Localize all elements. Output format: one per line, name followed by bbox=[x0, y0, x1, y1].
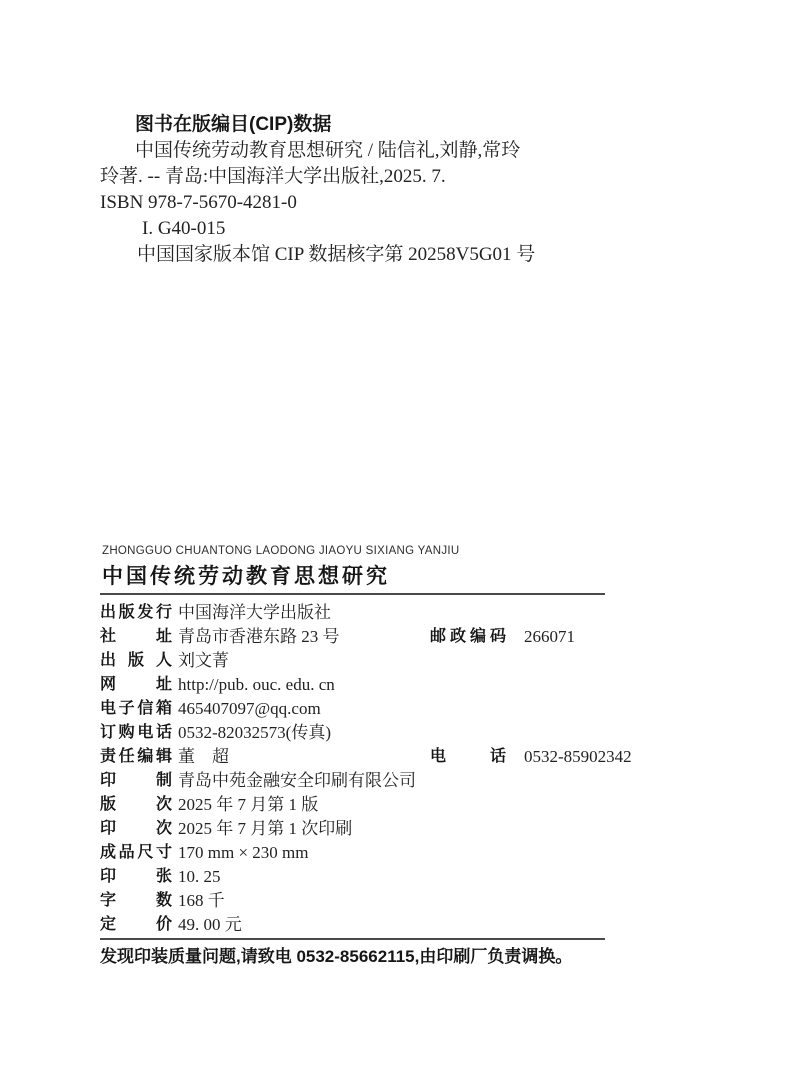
colophon-table: 出版发行 中国海洋大学出版社 社址 青岛市香港东路 23 号 邮政编码 2660… bbox=[100, 601, 605, 937]
row-label: 责任编辑 bbox=[100, 745, 172, 769]
row-value-secondary: 266071 bbox=[524, 625, 575, 649]
table-row: 出版人 刘文菁 bbox=[100, 649, 605, 673]
row-label-secondary: 邮政编码 bbox=[430, 625, 506, 649]
row-value: 168 千 bbox=[178, 889, 225, 913]
row-value: 49. 00 元 bbox=[178, 913, 242, 937]
row-label: 订购电话 bbox=[100, 721, 172, 745]
row-value: 10. 25 bbox=[178, 865, 221, 889]
table-row: 印次 2025 年 7 月第 1 次印刷 bbox=[100, 817, 605, 841]
row-label: 电子信箱 bbox=[100, 697, 172, 721]
cip-header: 图书在版编目(CIP)数据 bbox=[100, 112, 640, 138]
table-row: 订购电话 0532-82032573(传真) bbox=[100, 721, 605, 745]
row-value: 0532-82032573(传真) bbox=[178, 721, 331, 745]
table-row: 成品尺寸 170 mm × 230 mm bbox=[100, 841, 605, 865]
row-value: 青岛中苑金融安全印刷有限公司 bbox=[178, 769, 416, 793]
row-value: http://pub. ouc. edu. cn bbox=[178, 673, 335, 697]
cip-record-line: 中国国家版本馆 CIP 数据核字第 20258V5G01 号 bbox=[100, 242, 640, 268]
table-row: 字数 168 千 bbox=[100, 889, 605, 913]
title-block: ZHONGGUO CHUANTONG LAODONG JIAOYU SIXIAN… bbox=[102, 545, 460, 590]
row-label: 印张 bbox=[100, 865, 172, 889]
book-title: 中国传统劳动教育思想研究 bbox=[102, 560, 460, 590]
cip-class-line: I. G40-015 bbox=[100, 216, 640, 242]
table-row: 社址 青岛市香港东路 23 号 邮政编码 266071 bbox=[100, 625, 605, 649]
divider-bottom bbox=[100, 938, 605, 940]
cip-title-line: 中国传统劳动教育思想研究 / 陆信礼,刘静,常玲 bbox=[100, 138, 640, 164]
row-value: 刘文菁 bbox=[178, 649, 229, 673]
cip-isbn-line: ISBN 978-7-5670-4281-0 bbox=[100, 190, 640, 216]
row-label: 出版发行 bbox=[100, 601, 172, 625]
row-value: 董 超 bbox=[178, 745, 229, 769]
row-label: 网址 bbox=[100, 673, 172, 697]
row-label-secondary: 电话 bbox=[430, 745, 506, 769]
row-label: 定价 bbox=[100, 913, 172, 937]
quality-notice: 发现印装质量问题,请致电 0532-85662115,由印刷厂负责调换。 bbox=[100, 946, 660, 967]
table-row: 版次 2025 年 7 月第 1 版 bbox=[100, 793, 605, 817]
row-value: 青岛市香港东路 23 号 bbox=[178, 625, 340, 649]
row-value: 2025 年 7 月第 1 版 bbox=[178, 793, 318, 817]
row-value: 170 mm × 230 mm bbox=[178, 841, 308, 865]
row-label: 社址 bbox=[100, 625, 172, 649]
divider-top bbox=[100, 593, 605, 595]
row-value: 2025 年 7 月第 1 次印刷 bbox=[178, 817, 352, 841]
table-row: 出版发行 中国海洋大学出版社 bbox=[100, 601, 605, 625]
cip-publisher-line: 玲著. -- 青岛:中国海洋大学出版社,2025. 7. bbox=[100, 164, 640, 190]
copyright-page: 图书在版编目(CIP)数据 中国传统劳动教育思想研究 / 陆信礼,刘静,常玲 玲… bbox=[0, 0, 799, 1073]
book-title-pinyin: ZHONGGUO CHUANTONG LAODONG JIAOYU SIXIAN… bbox=[102, 545, 460, 557]
row-value: 465407097@qq.com bbox=[178, 697, 321, 721]
row-label: 版次 bbox=[100, 793, 172, 817]
table-row: 定价 49. 00 元 bbox=[100, 913, 605, 937]
table-row: 网址 http://pub. ouc. edu. cn bbox=[100, 673, 605, 697]
row-label: 印次 bbox=[100, 817, 172, 841]
table-row: 印制 青岛中苑金融安全印刷有限公司 bbox=[100, 769, 605, 793]
row-label: 成品尺寸 bbox=[100, 841, 172, 865]
row-label: 出版人 bbox=[100, 649, 172, 673]
row-label: 字数 bbox=[100, 889, 172, 913]
row-value: 中国海洋大学出版社 bbox=[178, 601, 331, 625]
table-row: 责任编辑 董 超 电话 0532-85902342 bbox=[100, 745, 605, 769]
cip-block: 图书在版编目(CIP)数据 中国传统劳动教育思想研究 / 陆信礼,刘静,常玲 玲… bbox=[100, 112, 640, 268]
row-value-secondary: 0532-85902342 bbox=[524, 745, 632, 769]
table-row: 印张 10. 25 bbox=[100, 865, 605, 889]
row-label: 印制 bbox=[100, 769, 172, 793]
table-row: 电子信箱 465407097@qq.com bbox=[100, 697, 605, 721]
